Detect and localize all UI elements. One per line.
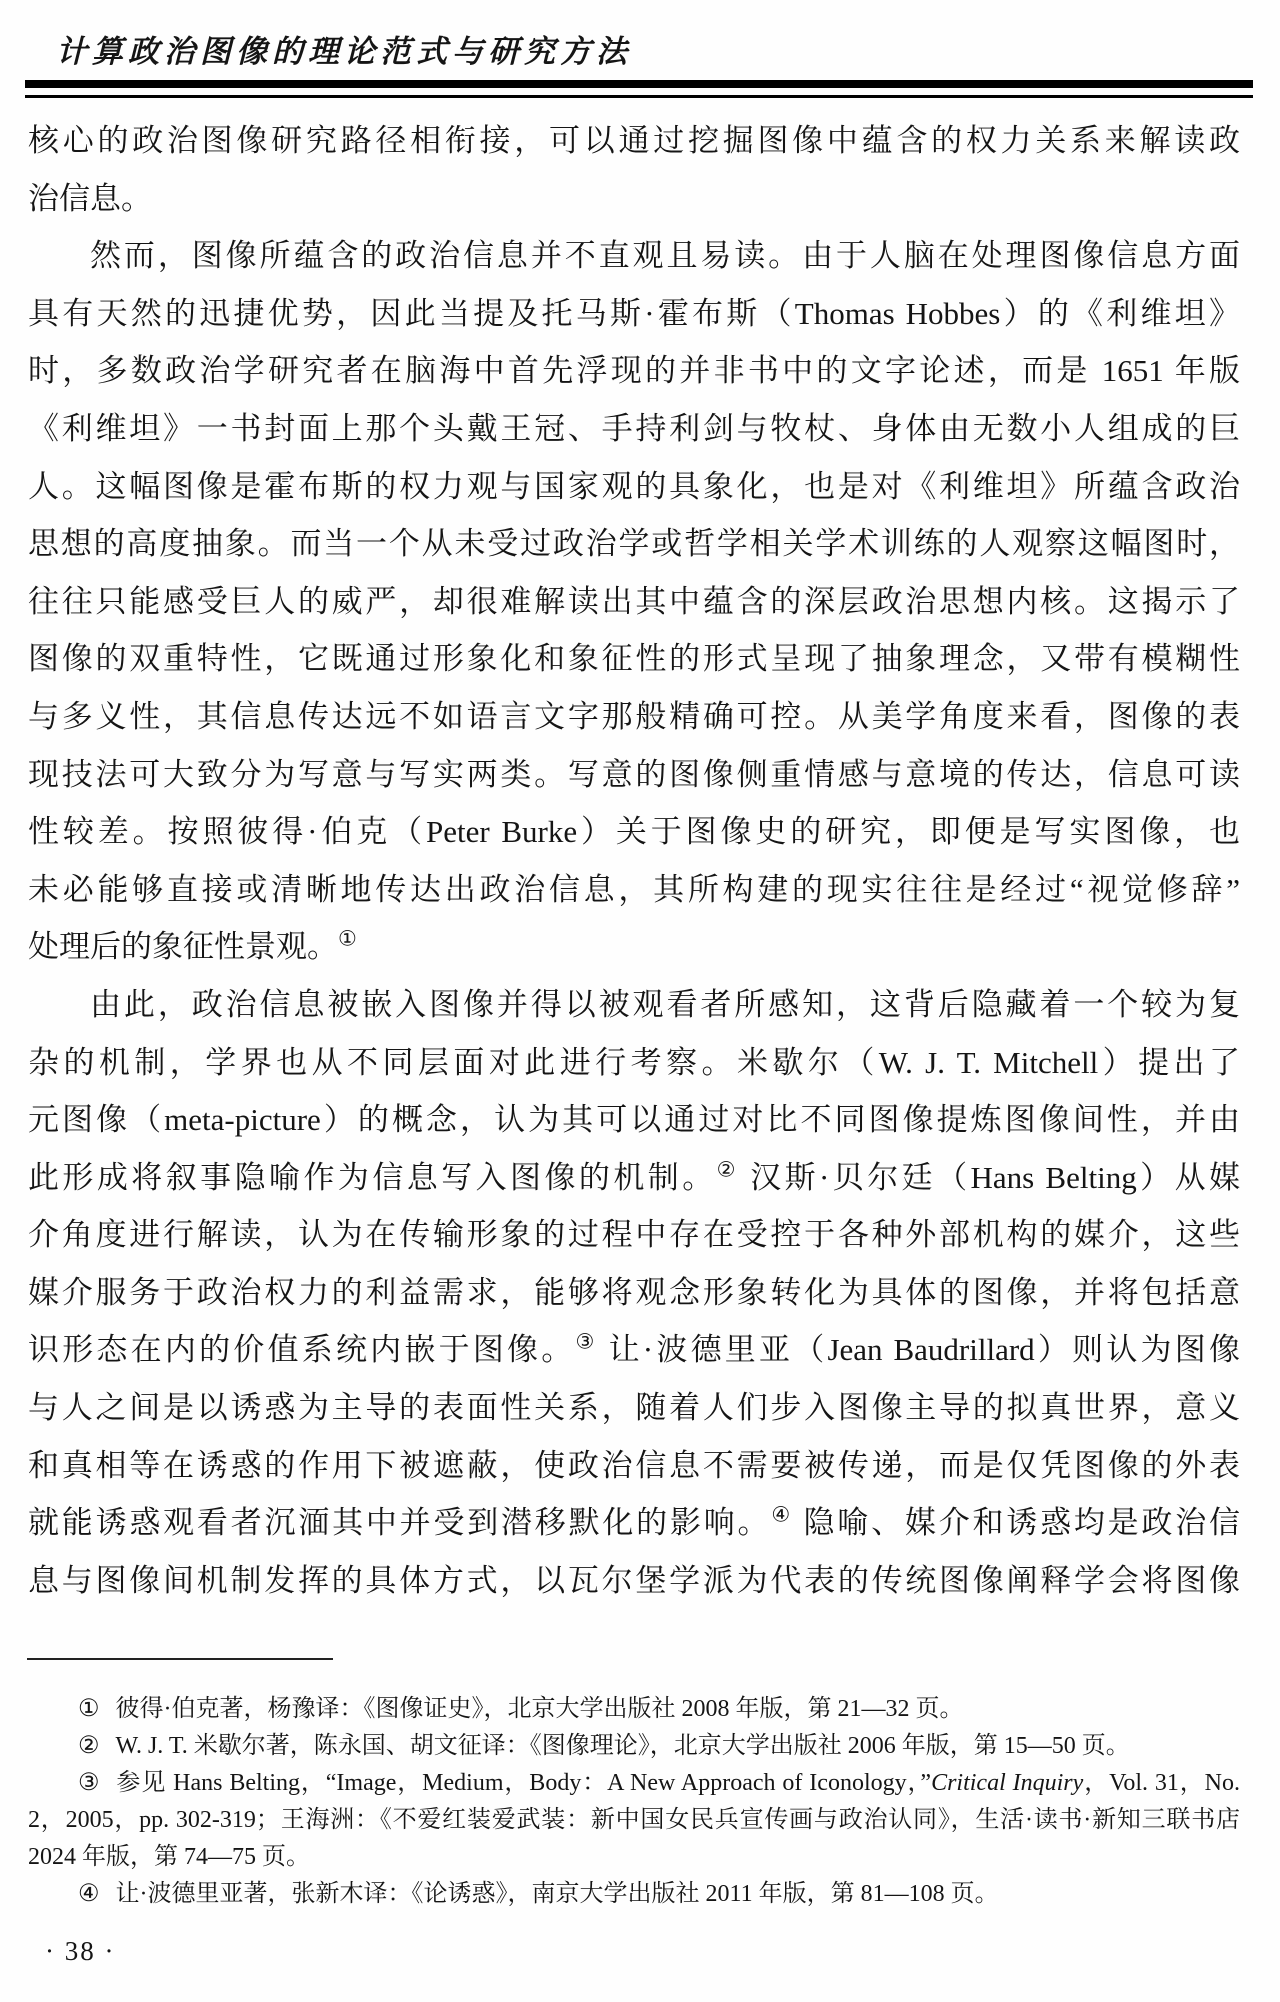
body-line: 治信息。 <box>28 170 1240 228</box>
footnote-2: ②W. J. T. 米歇尔著，陈永国、胡文征译：《图像理论》，北京大学出版社 2… <box>28 1728 1240 1765</box>
body-line: 图像的双重特性，它既通过形象化和象征性的形式呈现了抽象理念，又带有模糊性 <box>28 630 1240 688</box>
body-line: 现技法可大致分为写意与写实两类。写意的图像侧重情感与意境的传达，信息可读 <box>28 746 1240 804</box>
header-rule-thin <box>25 95 1253 98</box>
body-line: 《利维坦》一书封面上那个头戴王冠、手持利剑与牧杖、身体由无数小人组成的巨 <box>28 400 1240 458</box>
body-line: 和真相等在诱惑的作用下被遮蔽，使政治信息不需要被传递，而是仅凭图像的外表 <box>28 1437 1240 1495</box>
footnote-3-text: 参见 Hans Belting，“Image，Medium，Body：A New… <box>116 1770 931 1796</box>
footnote-1-text: 彼得·伯克著，杨豫译：《图像证史》，北京大学出版社 2008 年版，第 21—3… <box>116 1696 964 1722</box>
body-line: 人。这幅图像是霍布斯的权力观与国家观的具象化，也是对《利维坦》所蕴含政治 <box>28 458 1240 516</box>
running-header-title: 计算政治图像的理论范式与研究方法 <box>56 34 632 70</box>
body-line: 未必能够直接或清晰地传达出政治信息，其所构建的现实往往是经过“视觉修辞” <box>28 861 1240 919</box>
footnote-2-marker: ② <box>78 1733 100 1759</box>
footnote-3-marker: ③ <box>78 1770 100 1796</box>
body-line: 思想的高度抽象。而当一个从未受过政治学或哲学相关学术训练的人观察这幅图时， <box>28 515 1240 573</box>
body-line: 与多义性，其信息传达远不如语言文字那般精确可控。从美学角度来看，图像的表 <box>28 688 1240 746</box>
footnote-1-marker: ① <box>78 1696 100 1722</box>
footnote-4-text: 让·波德里亚著，张新木译：《论诱惑》，南京大学出版社 2011 年版，第 81—… <box>116 1881 999 1907</box>
footnotes: ①彼得·伯克著，杨豫译：《图像证史》，北京大学出版社 2008 年版，第 21—… <box>28 1691 1240 1913</box>
footnote-3-journal: Critical Inquiry <box>931 1770 1083 1796</box>
footnote-separator-rule <box>27 1658 333 1660</box>
footnote-2-text: W. J. T. 米歇尔著，陈永国、胡文征译：《图像理论》，北京大学出版社 20… <box>116 1733 1130 1759</box>
body-line: 介角度进行解读，认为在传输形象的过程中存在受控于各种外部机构的媒介，这些 <box>28 1206 1240 1264</box>
body-line: 由此，政治信息被嵌入图像并得以被观看者所感知，这背后隐藏着一个较为复 <box>28 976 1240 1034</box>
body-line: 核心的政治图像研究路径相衔接，可以通过挖掘图像中蕴含的权力关系来解读政 <box>28 112 1240 170</box>
footnote-3: ③参见 Hans Belting，“Image，Medium，Body：A Ne… <box>28 1765 1240 1876</box>
footnote-1: ①彼得·伯克著，杨豫译：《图像证史》，北京大学出版社 2008 年版，第 21—… <box>28 1691 1240 1728</box>
footnote-4-marker: ④ <box>78 1881 100 1907</box>
footnote-4: ④让·波德里亚著，张新木译：《论诱惑》，南京大学出版社 2011 年版，第 81… <box>28 1876 1240 1913</box>
body-line: 元图像（meta-picture）的概念，认为其可以通过对比不同图像提炼图像间性… <box>28 1091 1240 1149</box>
article-body: 核心的政治图像研究路径相衔接，可以通过挖掘图像中蕴含的权力关系来解读政 治信息。… <box>28 112 1240 1609</box>
header-rule-thick <box>25 80 1253 88</box>
body-line: 息与图像间机制发挥的具体方式，以瓦尔堡学派为代表的传统图像阐释学会将图像 <box>28 1552 1240 1610</box>
body-line: 就能诱惑观看者沉湎其中并受到潜移默化的影响。④ 隐喻、媒介和诱惑均是政治信 <box>28 1494 1240 1552</box>
body-line: 具有天然的迅捷优势，因此当提及托马斯·霍布斯（Thomas Hobbes）的《利… <box>28 285 1240 343</box>
body-line: 此形成将叙事隐喻作为信息写入图像的机制。② 汉斯·贝尔廷（Hans Beltin… <box>28 1149 1240 1207</box>
page-number: · 38 · <box>45 1936 115 1967</box>
body-line: 识形态在内的价值系统内嵌于图像。③ 让·波德里亚（Jean Baudrillar… <box>28 1321 1240 1379</box>
body-line: 性较差。按照彼得·伯克（Peter Burke）关于图像史的研究，即便是写实图像… <box>28 803 1240 861</box>
body-line: 然而，图像所蕴含的政治信息并不直观且易读。由于人脑在处理图像信息方面 <box>28 227 1240 285</box>
body-line: 与人之间是以诱惑为主导的表面性关系，随着人们步入图像主导的拟真世界，意义 <box>28 1379 1240 1437</box>
body-line: 媒介服务于政治权力的利益需求，能够将观念形象转化为具体的图像，并将包括意 <box>28 1264 1240 1322</box>
body-line: 杂的机制，学界也从不同层面对此进行考察。米歇尔（W. J. T. Mitchel… <box>28 1034 1240 1092</box>
body-line: 时，多数政治学研究者在脑海中首先浮现的并非书中的文字论述，而是 1651 年版 <box>28 342 1240 400</box>
body-line: 处理后的象征性景观。① <box>28 918 1240 976</box>
document-page: 计算政治图像的理论范式与研究方法 核心的政治图像研究路径相衔接，可以通过挖掘图像… <box>0 0 1280 2002</box>
body-line: 往往只能感受巨人的威严，却很难解读出其中蕴含的深层政治思想内核。这揭示了 <box>28 573 1240 631</box>
